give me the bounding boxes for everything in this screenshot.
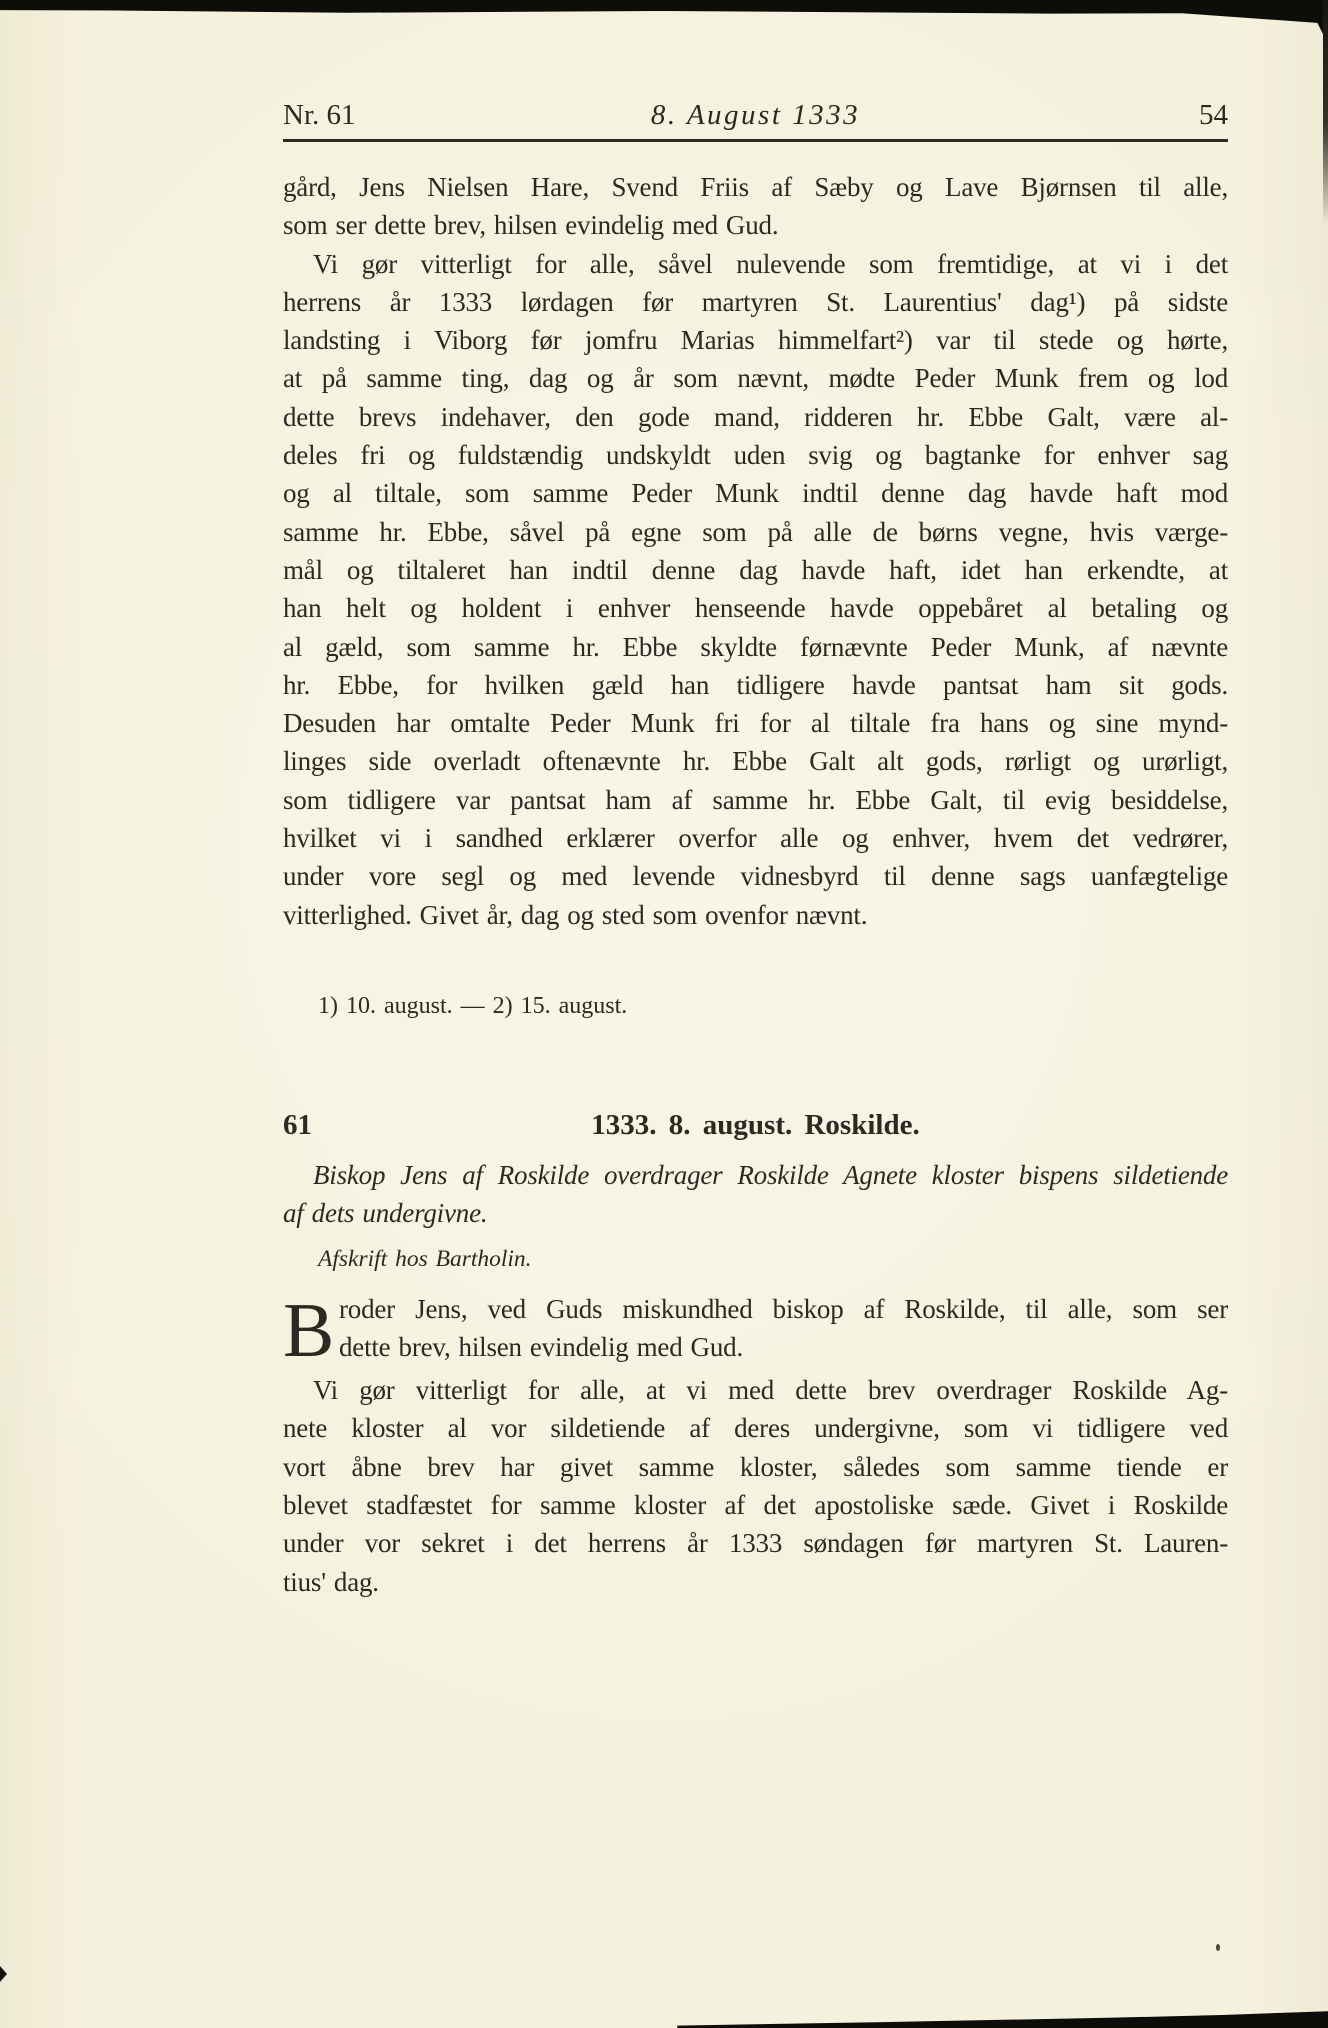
text-line: under vor sekret i det herrens år 1333 s… <box>283 1524 1228 1562</box>
scan-speck-left <box>0 1966 7 1982</box>
text-line: han helt og holdent i enhver henseende h… <box>283 589 1228 627</box>
text-line: hr. Ebbe, for hvilken gæld han tidligere… <box>283 666 1228 704</box>
text-line: linges side overladt oftenævnte hr. Ebbe… <box>283 742 1228 780</box>
entry-60-continuation-paragraph: gård, Jens Nielsen Hare, Svend Friis af … <box>283 168 1228 245</box>
text-line: samme hr. Ebbe, såvel på egne som på all… <box>283 513 1228 551</box>
text-line: mål og tiltaleret han indtil denne dag h… <box>283 551 1228 589</box>
entry-61-body-paragraph: Vi gør vitterligt for alle, at vi med de… <box>283 1371 1228 1601</box>
scan-speck-dot <box>1216 1944 1220 1951</box>
scan-edge-bottom <box>0 2004 1328 2028</box>
entry-61-heading-title: 1333. 8. august. Roskilde. <box>519 1107 992 1143</box>
text-line: dette brev, hilsen evindelig med Gud. <box>339 1328 1228 1366</box>
entry-61-source-note: Afskrift hos Bartholin. <box>283 1245 1228 1273</box>
text-line: Biskop Jens af Roskilde overdrager Roski… <box>283 1156 1228 1194</box>
text-line: roder Jens, ved Guds miskundhed biskop a… <box>339 1290 1228 1328</box>
text-line: under vore segl og med levende vidnesbyr… <box>283 857 1228 895</box>
text-line: dette brevs indehaver, den gode mand, ri… <box>283 398 1228 436</box>
text-line: al gæld, som samme hr. Ebbe skyldte førn… <box>283 628 1228 666</box>
scan-edge-right <box>1323 0 1328 225</box>
text-line: landsting i Viborg før jomfru Marias him… <box>283 321 1228 359</box>
text-line: Vi gør vitterligt for alle, såvel nuleve… <box>283 245 1228 283</box>
text-line: gård, Jens Nielsen Hare, Svend Friis af … <box>283 168 1228 206</box>
scan-edge-top <box>0 0 1328 44</box>
text-line: deles fri og fuldstændig undskyldt uden … <box>283 436 1228 474</box>
text-line: at på samme ting, dag og år som nævnt, m… <box>283 359 1228 397</box>
text-line: som tidligere var pantsat ham af samme h… <box>283 781 1228 819</box>
entry-61-number: 61 <box>283 1107 519 1143</box>
running-head: Nr. 61 8. August 1333 54 <box>283 100 1228 142</box>
text-line: herrens år 1333 lørdagen før martyren St… <box>283 283 1228 321</box>
entry-60-footnote: 1) 10. august. — 2) 15. august. <box>283 991 1228 1021</box>
text-line: hvilket vi i sandhed erklærer overfor al… <box>283 819 1228 857</box>
running-head-entry-number: Nr. 61 <box>283 100 519 130</box>
text-line: vitterlighed. Givet år, dag og sted som … <box>283 896 1228 934</box>
entry-61-heading: 61 1333. 8. august. Roskilde. <box>283 1107 1228 1143</box>
text-line: Desuden har omtalte Peder Munk fri for a… <box>283 704 1228 742</box>
text-line: Vi gør vitterligt for alle, at vi med de… <box>283 1371 1228 1409</box>
text-line: af dets undergivne. <box>283 1194 1228 1232</box>
text-line: som ser dette brev, hilsen evindelig med… <box>283 206 1228 244</box>
text-line: og al tiltale, som samme Peder Munk indt… <box>283 474 1228 512</box>
text-line: vort åbne brev har givet samme kloster, … <box>283 1448 1228 1486</box>
entry-61-summary: Biskop Jens af Roskilde overdrager Roski… <box>283 1156 1228 1233</box>
text-line: nete kloster al vor sildetiende af deres… <box>283 1409 1228 1447</box>
entry-61-opening-paragraph: B roder Jens, ved Guds miskundhed biskop… <box>283 1290 1228 1367</box>
running-head-page-number: 54 <box>992 100 1228 130</box>
entry-60-body-paragraph: Vi gør vitterligt for alle, såvel nuleve… <box>283 245 1228 934</box>
running-head-title: 8. August 1333 <box>519 100 992 130</box>
entry-61-opening-lines: roder Jens, ved Guds miskundhed biskop a… <box>283 1290 1228 1367</box>
text-line: blevet stadfæstet for samme kloster af d… <box>283 1486 1228 1524</box>
text-line: tius' dag. <box>283 1563 1228 1601</box>
drop-cap-letter: B <box>283 1295 334 1365</box>
text-column: Nr. 61 8. August 1333 54 gård, Jens Niel… <box>283 100 1228 1601</box>
scanned-book-page: Nr. 61 8. August 1333 54 gård, Jens Niel… <box>0 0 1328 2028</box>
